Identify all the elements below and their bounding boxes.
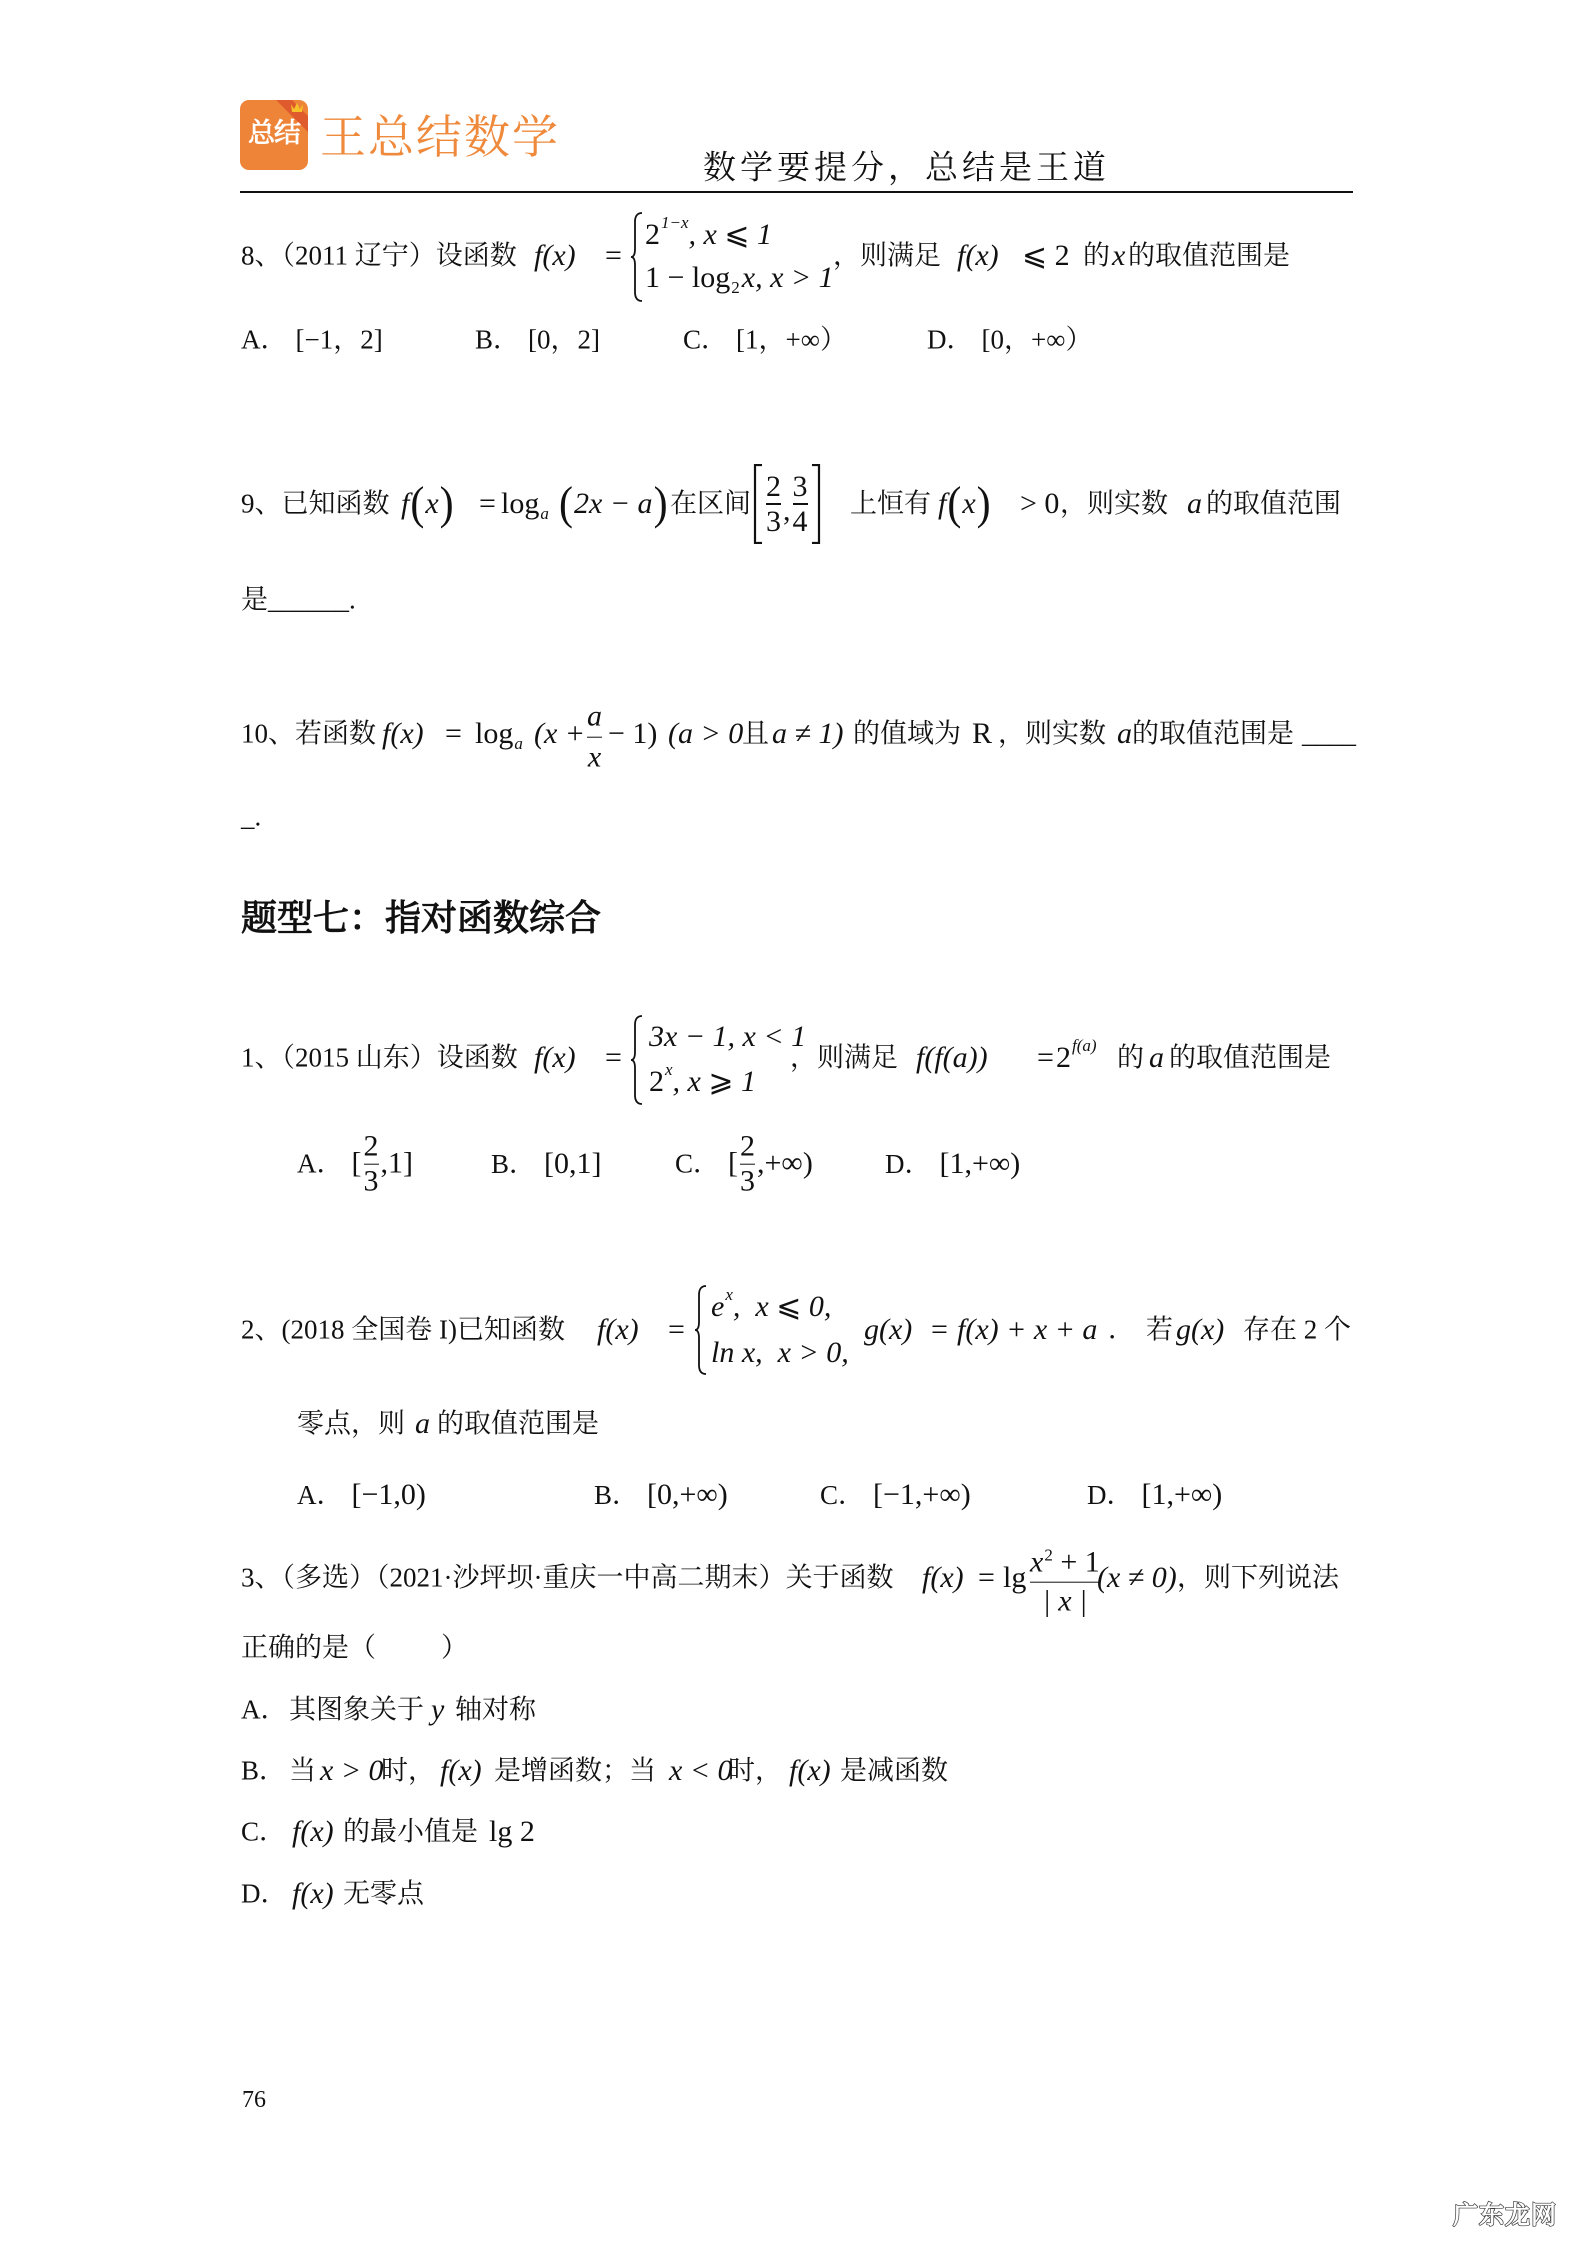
math-expression: f(x) [922, 1563, 964, 1593]
real-numbers-symbol: R [972, 719, 992, 749]
math-condition: , x ⩽ 1 [689, 220, 772, 250]
question-text: 的 [1083, 243, 1110, 270]
question-text: 存在 2 个 [1243, 1317, 1351, 1344]
interval: 2 3 , 3 4 [753, 464, 821, 544]
math-subscript: a [540, 505, 549, 522]
option-c: C． [ 23 ,+∞) [675, 1131, 813, 1198]
question-text: 且 [742, 721, 769, 748]
math-expression: f(x) [382, 719, 424, 749]
option-value: ,+∞) [757, 1149, 813, 1179]
math-expression: 1 − log [645, 263, 730, 293]
question-stem: 10、若函数 [241, 721, 376, 748]
question-text: 的值域为 [853, 721, 961, 748]
option-value: [−1,0) [352, 1480, 426, 1510]
option-c: C．[1，+∞） [683, 327, 847, 354]
math-base: 2 [1056, 1043, 1071, 1073]
paren-left: ( [559, 480, 573, 527]
option-value: [−1,+∞) [873, 1480, 971, 1510]
denominator: 3 [740, 1166, 755, 1198]
math-condition: (x ≠ 0) [1097, 1563, 1177, 1593]
fraction-bar [587, 736, 602, 738]
bracket-right-icon [810, 464, 821, 544]
watermark: 广东龙网 [1453, 2203, 1557, 2228]
question-stem: 2、(2018 全国卷 I)已知函数 [241, 1317, 565, 1344]
log-name: log [475, 719, 513, 749]
denominator: x [588, 742, 601, 774]
equals-sign: = [978, 1563, 995, 1593]
logo-badge-text: 总结 [240, 120, 308, 147]
equals-sign: = [1037, 1043, 1054, 1073]
option-text: 时， [381, 1758, 435, 1785]
piecewise-case: 2 1−x , x ⩽ 1 [645, 220, 772, 250]
option-label: A． [241, 327, 288, 354]
fraction: 2 3 [766, 471, 781, 538]
answer-blank: ______ [268, 587, 349, 614]
option-label: A． [297, 1482, 344, 1509]
math-expression: f ( x ) [938, 483, 992, 525]
math-base: e [711, 1292, 724, 1322]
option-label: D． [1087, 1482, 1134, 1509]
paren-left: ( [947, 480, 961, 527]
numerator: 2 [766, 471, 781, 503]
option-value: [1,+∞) [1142, 1480, 1223, 1510]
option-value: [0,1] [544, 1149, 601, 1179]
option-value: [1，+∞） [736, 327, 847, 354]
math-base: x [1030, 1546, 1043, 1579]
equals-sign: = [668, 1315, 685, 1345]
option-b: B．[0，2] [475, 327, 600, 354]
option-label: A． [297, 1151, 344, 1178]
math-expression: f(x) [534, 241, 576, 271]
math-expression: f(x) [957, 241, 999, 271]
question-text: 在区间 [670, 491, 751, 518]
answer-blank-continuation: _. [241, 804, 261, 831]
answer-paren-close: ） [441, 1635, 468, 1662]
math-variable: x [962, 489, 975, 519]
piecewise-case: 1 − log 2 x, x > 1 [645, 263, 834, 293]
math-variable: a [1149, 1043, 1164, 1073]
paren-right: ) [654, 480, 668, 527]
section-heading: 题型七：指对函数综合 [241, 901, 601, 937]
option-text: 当 [289, 1758, 316, 1785]
math-expression: f(x) [789, 1756, 831, 1786]
option-d: D． [1,+∞) [885, 1149, 1020, 1179]
option-label: C． [241, 1819, 286, 1846]
question-text: 零点，则 [297, 1411, 405, 1438]
math-condition: (a > 0 [668, 719, 743, 749]
separator: , [783, 496, 791, 526]
denominator: | x | [1042, 1586, 1087, 1618]
math-expression: f(x) [597, 1315, 639, 1345]
answer-blank: ____ [1302, 721, 1356, 748]
option-text: 是减函数 [840, 1758, 948, 1785]
math-expression: g(x) [1176, 1315, 1224, 1345]
option-a: A．[−1，2] [241, 327, 383, 354]
header-divider [240, 191, 1353, 193]
paren-right: ) [440, 480, 454, 527]
question-text: 的取值范围是 [437, 1411, 599, 1438]
math-condition: a ≠ 1) [772, 719, 843, 749]
math-condition: x > 0 [320, 1756, 384, 1786]
slogan: 数学要提分，总结是王道 [703, 151, 1110, 184]
fraction-bar [1030, 1581, 1100, 1583]
math-function: f [938, 489, 946, 519]
math-subscript: 2 [731, 279, 740, 296]
math-variable: a [1187, 489, 1202, 519]
denominator: 3 [766, 506, 781, 538]
question-text: 的取值范围是 [1169, 1045, 1331, 1072]
math-condition: , x ⩾ 1 [673, 1067, 756, 1097]
piecewise-case: ln x, x > 0, [711, 1338, 849, 1368]
option-value: [0,+∞) [647, 1480, 728, 1510]
equals-sign: = [605, 1043, 622, 1073]
equals-sign: = [479, 489, 496, 519]
question-stem: 8、（2011 辽宁）设函数 [241, 243, 517, 270]
bracket: [ [728, 1149, 738, 1179]
math-subscript: a [514, 735, 523, 752]
math-base: 2 [649, 1067, 664, 1097]
denominator: 3 [364, 1166, 379, 1198]
numerator: a [587, 701, 602, 733]
question-text: 若 [1146, 1317, 1173, 1344]
equals-sign: = [605, 241, 622, 271]
option-d: D．[1,+∞) [1087, 1480, 1222, 1510]
math-exponent: f(a) [1072, 1037, 1097, 1054]
math-condition: x, x > 1 [742, 263, 834, 293]
paren-left: ( [410, 480, 424, 527]
question-continuation: 是 ______ . [241, 587, 356, 614]
option-value: [−1，2] [296, 327, 383, 354]
option-b: B．[0,+∞) [594, 1480, 728, 1510]
question-text: 的取值范围是 [1128, 243, 1290, 270]
option-text: 是增函数；当 [494, 1758, 656, 1785]
numerator: 2 [740, 1131, 755, 1163]
option-label: B． [491, 1151, 536, 1178]
math-expression: f(f(a)) [916, 1043, 988, 1073]
brace-icon [630, 1015, 644, 1105]
math-exponent: x [665, 1061, 673, 1078]
option-value: [1,+∞) [940, 1149, 1021, 1179]
question-text: 上恒有 [850, 491, 931, 518]
math-function: f [401, 489, 409, 519]
question-text: 是 [241, 587, 268, 614]
math-relation: ⩽ 2 [1022, 241, 1070, 271]
math-expression: ( 2x − a ) [558, 483, 669, 525]
option-a: A． [ 23 ,1] [297, 1131, 413, 1198]
option-label: C． [820, 1482, 865, 1509]
question-text: ，则满足 [833, 243, 941, 270]
question-stem: 9、已知函数 [241, 491, 390, 518]
log-expression: log a [475, 719, 525, 749]
bracket: [ [352, 1149, 362, 1179]
option-text: 其图象关于 [289, 1697, 424, 1724]
option-label: A． [241, 1697, 288, 1724]
question-text: 正确的是（ [241, 1635, 376, 1662]
fraction: 23 [364, 1131, 379, 1198]
math-expression: f(x) + x + a [957, 1315, 1097, 1345]
option-c: C．[−1,+∞) [820, 1480, 971, 1510]
numerator: 2 [364, 1131, 379, 1163]
log-name: lg [1003, 1563, 1026, 1593]
equals-sign: = [931, 1315, 948, 1345]
question-text: ，则实数 [998, 721, 1106, 748]
fraction: x2 + 1 | x | [1028, 1547, 1102, 1618]
option-a: A．[−1,0) [297, 1480, 426, 1510]
question-text: ，则满足 [790, 1045, 898, 1072]
math-expression: f(x) [292, 1879, 334, 1909]
math-exponent: 2 [1044, 1546, 1053, 1565]
page-number: 76 [242, 2088, 266, 2112]
math-expression: + 1 [1053, 1546, 1100, 1579]
period: ． [1108, 1317, 1135, 1344]
math-expression: lg 2 [489, 1817, 535, 1847]
option-d: D．[0，+∞） [927, 327, 1092, 354]
fraction: a x [585, 701, 604, 774]
option-text: 时， [728, 1758, 782, 1785]
option-text: 轴对称 [455, 1697, 536, 1724]
math-condition: x < 0 [669, 1756, 733, 1786]
brace-icon [694, 1285, 708, 1375]
math-expression: − 1) [608, 719, 657, 749]
math-variable: x [1112, 241, 1125, 271]
math-variable: a [1117, 719, 1132, 749]
math-expression: f(x) [292, 1817, 334, 1847]
math-expression: g(x) [864, 1315, 912, 1345]
option-label: D． [927, 327, 974, 354]
log-name: log [501, 489, 539, 519]
math-exponent: 1−x [661, 214, 689, 231]
period: . [349, 587, 356, 614]
question-text: ，则下列说法 [1177, 1565, 1339, 1592]
question-text: ，则实数 [1060, 491, 1168, 518]
bracket-left-icon [753, 464, 764, 544]
option-text: 无零点 [343, 1881, 424, 1908]
paren-right: ) [977, 480, 991, 527]
option-label: C． [683, 327, 728, 354]
fraction: 3 4 [793, 471, 808, 538]
math-expression: f ( x ) [401, 483, 455, 525]
math-variable: y [431, 1695, 444, 1725]
logo-badge: 总结 [240, 100, 308, 170]
question-stem: 1、（2015 山东）设函数 [241, 1045, 518, 1072]
math-condition: , x ⩽ 0, [733, 1292, 831, 1322]
brace-icon [630, 212, 644, 302]
math-expression: (x + [534, 719, 585, 749]
question-text: 的取值范围 [1206, 491, 1341, 518]
option-value: [0，+∞） [982, 327, 1093, 354]
numerator: 3 [793, 471, 808, 503]
question-stem: 3、（多选）（2021·沙坪坝·重庆一中高二期末）关于函数 [241, 1565, 893, 1592]
piecewise-case: e x , x ⩽ 0, [711, 1292, 831, 1322]
math-relation: > 0 [1020, 489, 1059, 519]
math-variable: x [425, 489, 438, 519]
fraction: x2 + 1 | x | [1030, 1547, 1100, 1618]
option-label: D． [885, 1151, 932, 1178]
option-label: B． [241, 1758, 286, 1785]
option-label: C． [675, 1151, 720, 1178]
question-text: 的 [1117, 1045, 1144, 1072]
numerator: x2 + 1 [1030, 1547, 1100, 1579]
math-argument: 2x − a [574, 489, 653, 519]
math-exponent: x [725, 1286, 733, 1303]
fraction: 23 [740, 1131, 755, 1198]
piecewise-case: 3x − 1, x < 1 [649, 1022, 806, 1052]
math-expression: f(x) [534, 1043, 576, 1073]
option-label: D． [241, 1881, 288, 1908]
piecewise-case: 2 x , x ⩾ 1 [649, 1067, 756, 1097]
math-expression: f(x) [440, 1756, 482, 1786]
brand-name: 王总结数学 [320, 114, 560, 160]
option-value: [0，2] [528, 327, 600, 354]
option-label: B． [475, 327, 520, 354]
question-text: 的取值范围是 [1132, 721, 1294, 748]
option-label: B． [594, 1482, 639, 1509]
option-b: B． [0,1] [491, 1149, 602, 1179]
fraction: a x [587, 701, 602, 774]
option-text: 的最小值是 [343, 1819, 478, 1846]
log-expression: log a [501, 489, 551, 519]
math-base: 2 [645, 220, 660, 250]
denominator: 4 [793, 506, 808, 538]
math-variable: a [415, 1409, 430, 1439]
equals-sign: = [445, 719, 462, 749]
option-value: ,1] [381, 1149, 414, 1179]
document-page: 总结 王总结数学 数学要提分，总结是王道 8、（2011 辽宁）设函数 f(x)… [0, 0, 1587, 2245]
math-power: 2 f(a) [1056, 1043, 1097, 1073]
